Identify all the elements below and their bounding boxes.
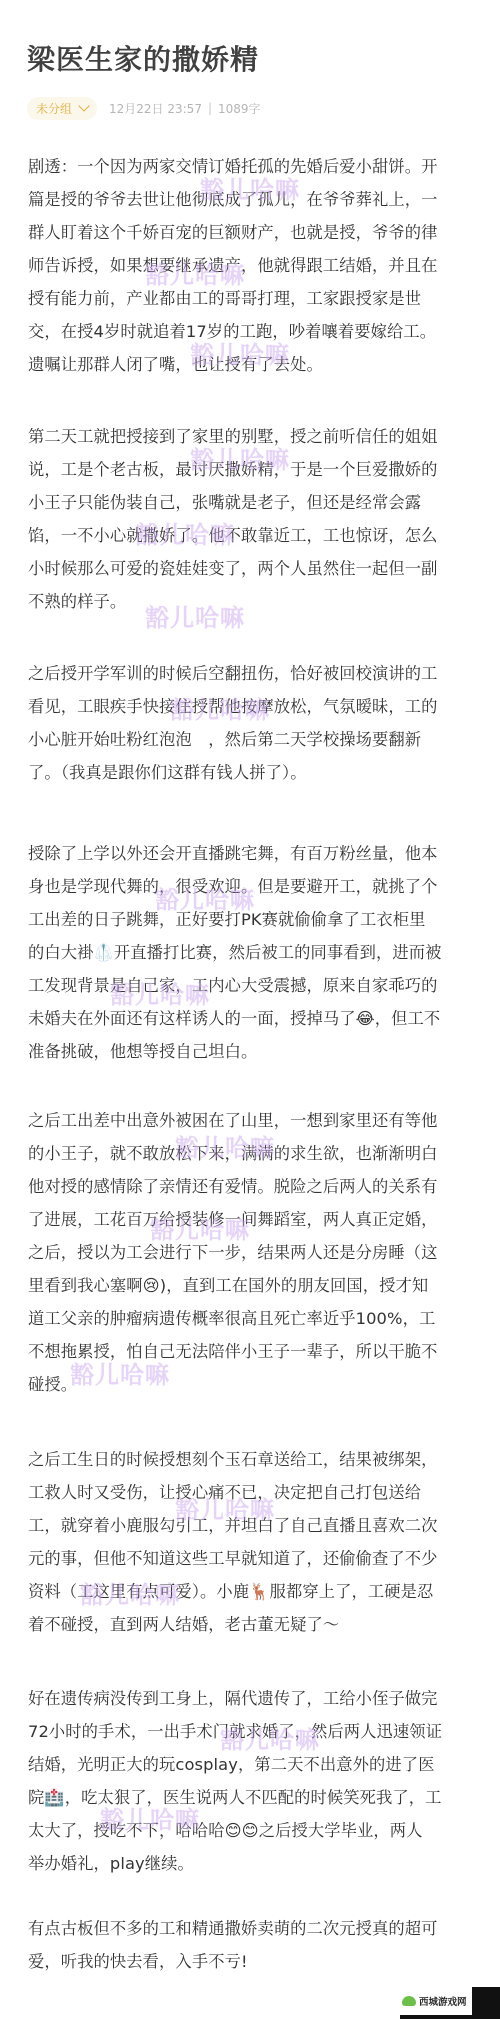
paragraph-line: 院🏥，吃太狠了，医生说两人不匹配的时候笑死我了，工 bbox=[28, 1781, 476, 1814]
paragraph-line: 工救人时又受伤，让授心痛不已，决定把自己打包送给 bbox=[28, 1476, 476, 1509]
paragraph-line: 了。（我真是跟你们这群有钱人拼了）。 bbox=[28, 756, 476, 789]
chevron-down-icon bbox=[78, 100, 89, 111]
paragraph: 之后工出差中出意外被困在了山里，一想到家里还有等他的小王子，就不敢放松下来，满满… bbox=[28, 1104, 476, 1401]
word-count: 1089字 bbox=[218, 100, 261, 117]
paragraph-line: 结婚，光明正大的玩cosplay，第二天不出意外的进了医 bbox=[28, 1748, 476, 1781]
paragraph-line: 道工父亲的肿瘤病遗传概率很高且死亡率近乎100%，工 bbox=[28, 1302, 476, 1335]
paragraph-line: 了进展，工花百万给授装修一间舞蹈室，两人真正定婚， bbox=[28, 1203, 476, 1236]
paragraph-line: 交，在授4岁时就追着17岁的工跑，吵着嚷着要嫁给工。 bbox=[28, 315, 476, 348]
paragraph-line: 举办婚礼，play继续。 bbox=[28, 1847, 476, 1880]
paragraph-line: 着不碰授，直到两人结婚，老古董无疑了～ bbox=[28, 1608, 476, 1641]
group-label: 未分组 bbox=[36, 100, 72, 117]
article-title: 梁医生家的撒娇精 bbox=[27, 38, 259, 78]
paragraph-line: 师告诉授，如果想要继承遗产，他就得跟工结婚，并且在 bbox=[28, 249, 476, 282]
paragraph: 之后工生日的时候授想刻个玉石章送给工，结果被绑架，工救人时又受伤，让授心痛不已，… bbox=[28, 1443, 476, 1641]
paragraph-line: 的小王子，就不敢放松下来，满满的求生欲，也渐渐明白 bbox=[28, 1137, 476, 1170]
paragraph: 授除了上学以外还会开直播跳宅舞，有百万粉丝量，他本身也是学现代舞的，很受欢迎。但… bbox=[28, 837, 476, 1068]
paragraph: 第二天工就把授接到了家里的别墅，授之前听信任的姐姐说，工是个老古板，最讨厌撒娇精… bbox=[28, 420, 476, 618]
paragraph-line: 不熟的样子。 bbox=[28, 585, 476, 618]
paragraph-line: 爱，听我的快去看，入手不亏! bbox=[28, 1945, 476, 1978]
paragraph-line: 身也是学现代舞的，很受欢迎。但是要避开工，就挑了个 bbox=[28, 870, 476, 903]
paragraph-line: 里看到我心塞啊😢)，直到工在国外的朋友回国，授才知 bbox=[28, 1269, 476, 1302]
paragraph-line: 小心脏开始吐粉红泡泡 ，然后第二天学校操场要翻新 bbox=[28, 723, 476, 756]
paragraph-line: 碰授。 bbox=[28, 1368, 476, 1401]
paragraph-line: 的白大褂🥼开直播打比赛，然后被工的同事看到，进而被 bbox=[28, 936, 476, 969]
paragraph: 之后授开学军训的时候后空翻扭伤，恰好被回校演讲的工看见，工眼疾手快接住授帮他按摩… bbox=[28, 657, 476, 789]
paragraph: 好在遗传病没传到工身上，隔代遗传了，工给小侄子做完72小时的手术，一出手术门就求… bbox=[28, 1682, 476, 1880]
paragraph-line: 之后授开学军训的时候后空翻扭伤，恰好被回校演讲的工 bbox=[28, 657, 476, 690]
paragraph-line: 遗嘱让那群人闭了嘴，也让授有了去处。 bbox=[28, 348, 476, 381]
paragraph-line: 第二天工就把授接到了家里的别墅，授之前听信任的姐姐 bbox=[28, 420, 476, 453]
paragraph-line: 篇是授的爷爷去世让他彻底成了孤儿，在爷爷葬礼上，一 bbox=[28, 183, 476, 216]
paragraph-line: 授有能力前，产业都由工的哥哥打理，工家跟授家是世 bbox=[28, 282, 476, 315]
paragraph-line: 之后工出差中出意外被困在了山里，一想到家里还有等他 bbox=[28, 1104, 476, 1137]
logo-icon bbox=[402, 1996, 416, 2006]
paragraph-line: 馅，一不小心就撒娇了。他不敢靠近工，工也惊讶，怎么 bbox=[28, 519, 476, 552]
paragraph-line: 之后，授以为工会进行下一步，结果两人还是分房睡（这 bbox=[28, 1236, 476, 1269]
paragraph-line: 72小时的手术，一出手术门就求婚了，然后两人迅速领证 bbox=[28, 1715, 476, 1748]
paragraph-line: 工出差的日子跳舞，正好要打PK赛就偷偷拿了工衣柜里 bbox=[28, 903, 476, 936]
article-meta: 未分组 12月22日 23:57 | 1089字 bbox=[27, 96, 261, 120]
article-date: 12月22日 23:57 bbox=[109, 100, 202, 117]
paragraph-line: 元的事，但他不知道这些工早就知道了，还偷偷查了不少 bbox=[28, 1542, 476, 1575]
paragraph-line: 剧透：一个因为两家交情订婚托孤的先婚后爱小甜饼。开 bbox=[28, 150, 476, 183]
paragraph-line: 授除了上学以外还会开直播跳宅舞，有百万粉丝量，他本 bbox=[28, 837, 476, 870]
paragraph-line: 他对授的感情除了亲情还有爱情。脱险之后两人的关系有 bbox=[28, 1170, 476, 1203]
paragraph-line: 小时候那么可爱的瓷娃娃变了，两个人虽然住一起但一副 bbox=[28, 552, 476, 585]
paragraph-line: 工，就穿着小鹿服勾引工，并坦白了自己直播且喜欢二次 bbox=[28, 1509, 476, 1542]
paragraph-line: 看见，工眼疾手快接住授帮他按摩放松，气氛暧昧，工的 bbox=[28, 690, 476, 723]
paragraph-line: 准备挑破，他想等授自己坦白。 bbox=[28, 1035, 476, 1068]
paragraph-line: 资料（工这里有点可爱）。小鹿🦌服都穿上了，工硬是忍 bbox=[28, 1575, 476, 1608]
logo-text: 西城游戏网 bbox=[419, 1994, 467, 2008]
paragraph: 剧透：一个因为两家交情订婚托孤的先婚后爱小甜饼。开篇是授的爷爷去世让他彻底成了孤… bbox=[28, 150, 476, 381]
group-select[interactable]: 未分组 bbox=[27, 97, 97, 120]
paragraph-line: 太大了，授吃不下，哈哈哈😊😊之后授大学毕业，两人 bbox=[28, 1814, 476, 1847]
paragraph-line: 好在遗传病没传到工身上，隔代遗传了，工给小侄子做完 bbox=[28, 1682, 476, 1715]
paragraph-line: 未婚夫在外面还有这样诱人的一面，授掉马了😂，但工不 bbox=[28, 1002, 476, 1035]
paragraph-line: 工发现背景是自己家，工内心大受震撼，原来自家乖巧的 bbox=[28, 969, 476, 1002]
paragraph-line: 说，工是个老古板，最讨厌撒娇精，于是一个巨爱撒娇的 bbox=[28, 453, 476, 486]
paragraph: 有点古板但不多的工和精通撒娇卖萌的二次元授真的超可爱，听我的快去看，入手不亏! bbox=[28, 1912, 476, 1978]
paragraph-line: 小王子只能伪装自己，张嘴就是老子，但还是经常会露 bbox=[28, 486, 476, 519]
paragraph-line: 之后工生日的时候授想刻个玉石章送给工，结果被绑架， bbox=[28, 1443, 476, 1476]
meta-separator: | bbox=[208, 101, 212, 115]
site-logo: 西城游戏网 bbox=[400, 1987, 500, 2019]
paragraph-line: 群人盯着这个千娇百宠的巨额财产，也就是授，爷爷的律 bbox=[28, 216, 476, 249]
paragraph-line: 不想拖累授，怕自己无法陪伴小王子一辈子，所以干脆不 bbox=[28, 1335, 476, 1368]
paragraph-line: 有点古板但不多的工和精通撒娇卖萌的二次元授真的超可 bbox=[28, 1912, 476, 1945]
